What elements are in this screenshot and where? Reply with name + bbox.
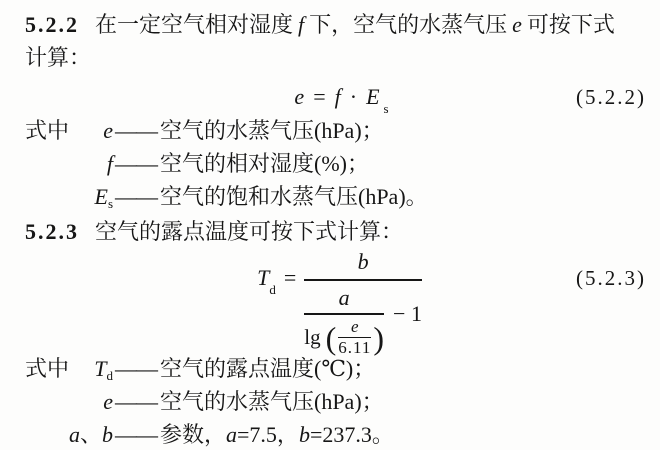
var-T: T bbox=[94, 352, 106, 385]
open-paren: ( bbox=[326, 321, 337, 355]
definition-row: Es —— 空气的饱和水蒸气压(hPa)。 bbox=[25, 180, 654, 213]
heading-text: 空气的露点温度可按下式计算： bbox=[95, 219, 403, 244]
definition-text-part: 参数， bbox=[160, 422, 226, 447]
subscript-s: s bbox=[384, 101, 389, 116]
heading-continuation: 计算： bbox=[25, 41, 654, 74]
definition-row: e —— 空气的水蒸气压(hPa)； bbox=[25, 385, 654, 418]
equation-lhs: Td= bbox=[257, 261, 304, 294]
var-f: f bbox=[107, 147, 113, 180]
em-dash: —— bbox=[115, 418, 157, 450]
var-b: b bbox=[299, 422, 310, 447]
equals-sign: = bbox=[313, 84, 325, 109]
definition-text: 空气的饱和水蒸气压(hPa)。 bbox=[160, 180, 428, 213]
heading-text: 可按下式 bbox=[527, 12, 615, 37]
definition-variable: a、b bbox=[69, 418, 113, 450]
em-dash: —— bbox=[115, 147, 157, 180]
equation-number: (5.2.3) bbox=[576, 266, 646, 291]
var-f: f bbox=[298, 12, 304, 37]
section-5-2-2-heading: 5.2.2在一定空气相对湿度f下，空气的水蒸气压e可按下式 bbox=[25, 8, 654, 41]
var-a: a bbox=[69, 418, 80, 450]
var-e: e bbox=[103, 114, 113, 147]
var-e: e bbox=[512, 12, 522, 37]
definition-variable: Es bbox=[69, 180, 113, 213]
em-dash: —— bbox=[115, 352, 157, 385]
minus-sign: − bbox=[393, 301, 405, 326]
var-E: E bbox=[366, 84, 379, 109]
minus-one-term: − 1 bbox=[393, 301, 422, 327]
inner-numerator: a bbox=[304, 285, 384, 315]
var-E: E bbox=[94, 180, 107, 213]
var-T: T bbox=[257, 265, 269, 290]
section-number: 5.2.2 bbox=[25, 12, 79, 37]
close-paren: ) bbox=[373, 321, 384, 355]
definition-text: 空气的水蒸气压(hPa)； bbox=[160, 114, 384, 147]
section-5-2-3-heading: 5.2.3空气的露点温度可按下式计算： bbox=[25, 215, 654, 248]
inner-fraction: a lg ( e 6.11 ) bbox=[304, 285, 384, 357]
heading-text: 在一定空气相对湿度 bbox=[95, 12, 293, 37]
var-e: e bbox=[294, 84, 304, 109]
where-label: 式中 bbox=[25, 352, 69, 385]
tiny-denominator: 6.11 bbox=[338, 338, 371, 357]
heading-text: 下，空气的水蒸气压 bbox=[309, 12, 507, 37]
var-e: e bbox=[351, 317, 359, 336]
inner-denominator: lg ( e 6.11 ) bbox=[304, 315, 384, 357]
where-label: 式中 bbox=[25, 114, 69, 147]
definition-text: 空气的水蒸气压(hPa)； bbox=[160, 385, 384, 418]
definition-variable: e bbox=[69, 385, 113, 418]
definition-row: a、b —— 参数，a=7.5，b=237.3。 bbox=[25, 418, 654, 450]
tiny-fraction: e 6.11 bbox=[338, 318, 371, 357]
main-numerator: b bbox=[304, 248, 422, 281]
definition-row: 式中 e —— 空气的水蒸气压(hPa)； bbox=[25, 114, 654, 147]
value-a: =7.5， bbox=[237, 422, 299, 447]
section-number: 5.2.3 bbox=[25, 219, 79, 244]
var-e: e bbox=[103, 385, 113, 418]
equation-number: (5.2.2) bbox=[576, 80, 646, 114]
var-f: f bbox=[335, 84, 341, 109]
equation-body: Td= b a lg ( e 6.11 ) bbox=[257, 248, 422, 348]
dot-operator: · bbox=[350, 84, 357, 109]
document-page: 5.2.2在一定空气相对湿度f下，空气的水蒸气压e可按下式 计算： e=f·Es… bbox=[0, 0, 660, 450]
em-dash: —— bbox=[115, 385, 157, 418]
equation-5-2-3: Td= b a lg ( e 6.11 ) bbox=[25, 248, 654, 348]
definition-variable: Td bbox=[69, 352, 113, 385]
equation-5-2-2: e=f·Es (5.2.2) bbox=[25, 80, 654, 114]
em-dash: —— bbox=[115, 114, 157, 147]
number-one: 1 bbox=[411, 301, 422, 326]
definition-text: 空气的相对湿度(%)； bbox=[160, 147, 369, 180]
definition-row: f —— 空气的相对湿度(%)； bbox=[25, 147, 654, 180]
var-b: b bbox=[102, 418, 113, 450]
em-dash: —— bbox=[115, 180, 157, 213]
definition-variable: e bbox=[69, 114, 113, 147]
log-symbol: lg bbox=[304, 325, 320, 350]
tiny-numerator: e bbox=[338, 318, 371, 338]
var-a: a bbox=[339, 285, 350, 310]
enumeration-comma: 、 bbox=[80, 418, 102, 450]
subscript-d: d bbox=[269, 282, 276, 297]
main-fraction: b a lg ( e 6.11 ) bbox=[304, 248, 422, 357]
value-b: =237.3。 bbox=[310, 422, 394, 447]
var-b: b bbox=[358, 249, 369, 274]
var-a: a bbox=[226, 422, 237, 447]
main-denominator: a lg ( e 6.11 ) − 1 bbox=[304, 281, 422, 357]
definition-text: 参数，a=7.5，b=237.3。 bbox=[160, 418, 394, 450]
equation-body: e=f·Es bbox=[290, 84, 388, 109]
equals-sign: = bbox=[284, 265, 296, 290]
definition-variable: f bbox=[69, 147, 113, 180]
